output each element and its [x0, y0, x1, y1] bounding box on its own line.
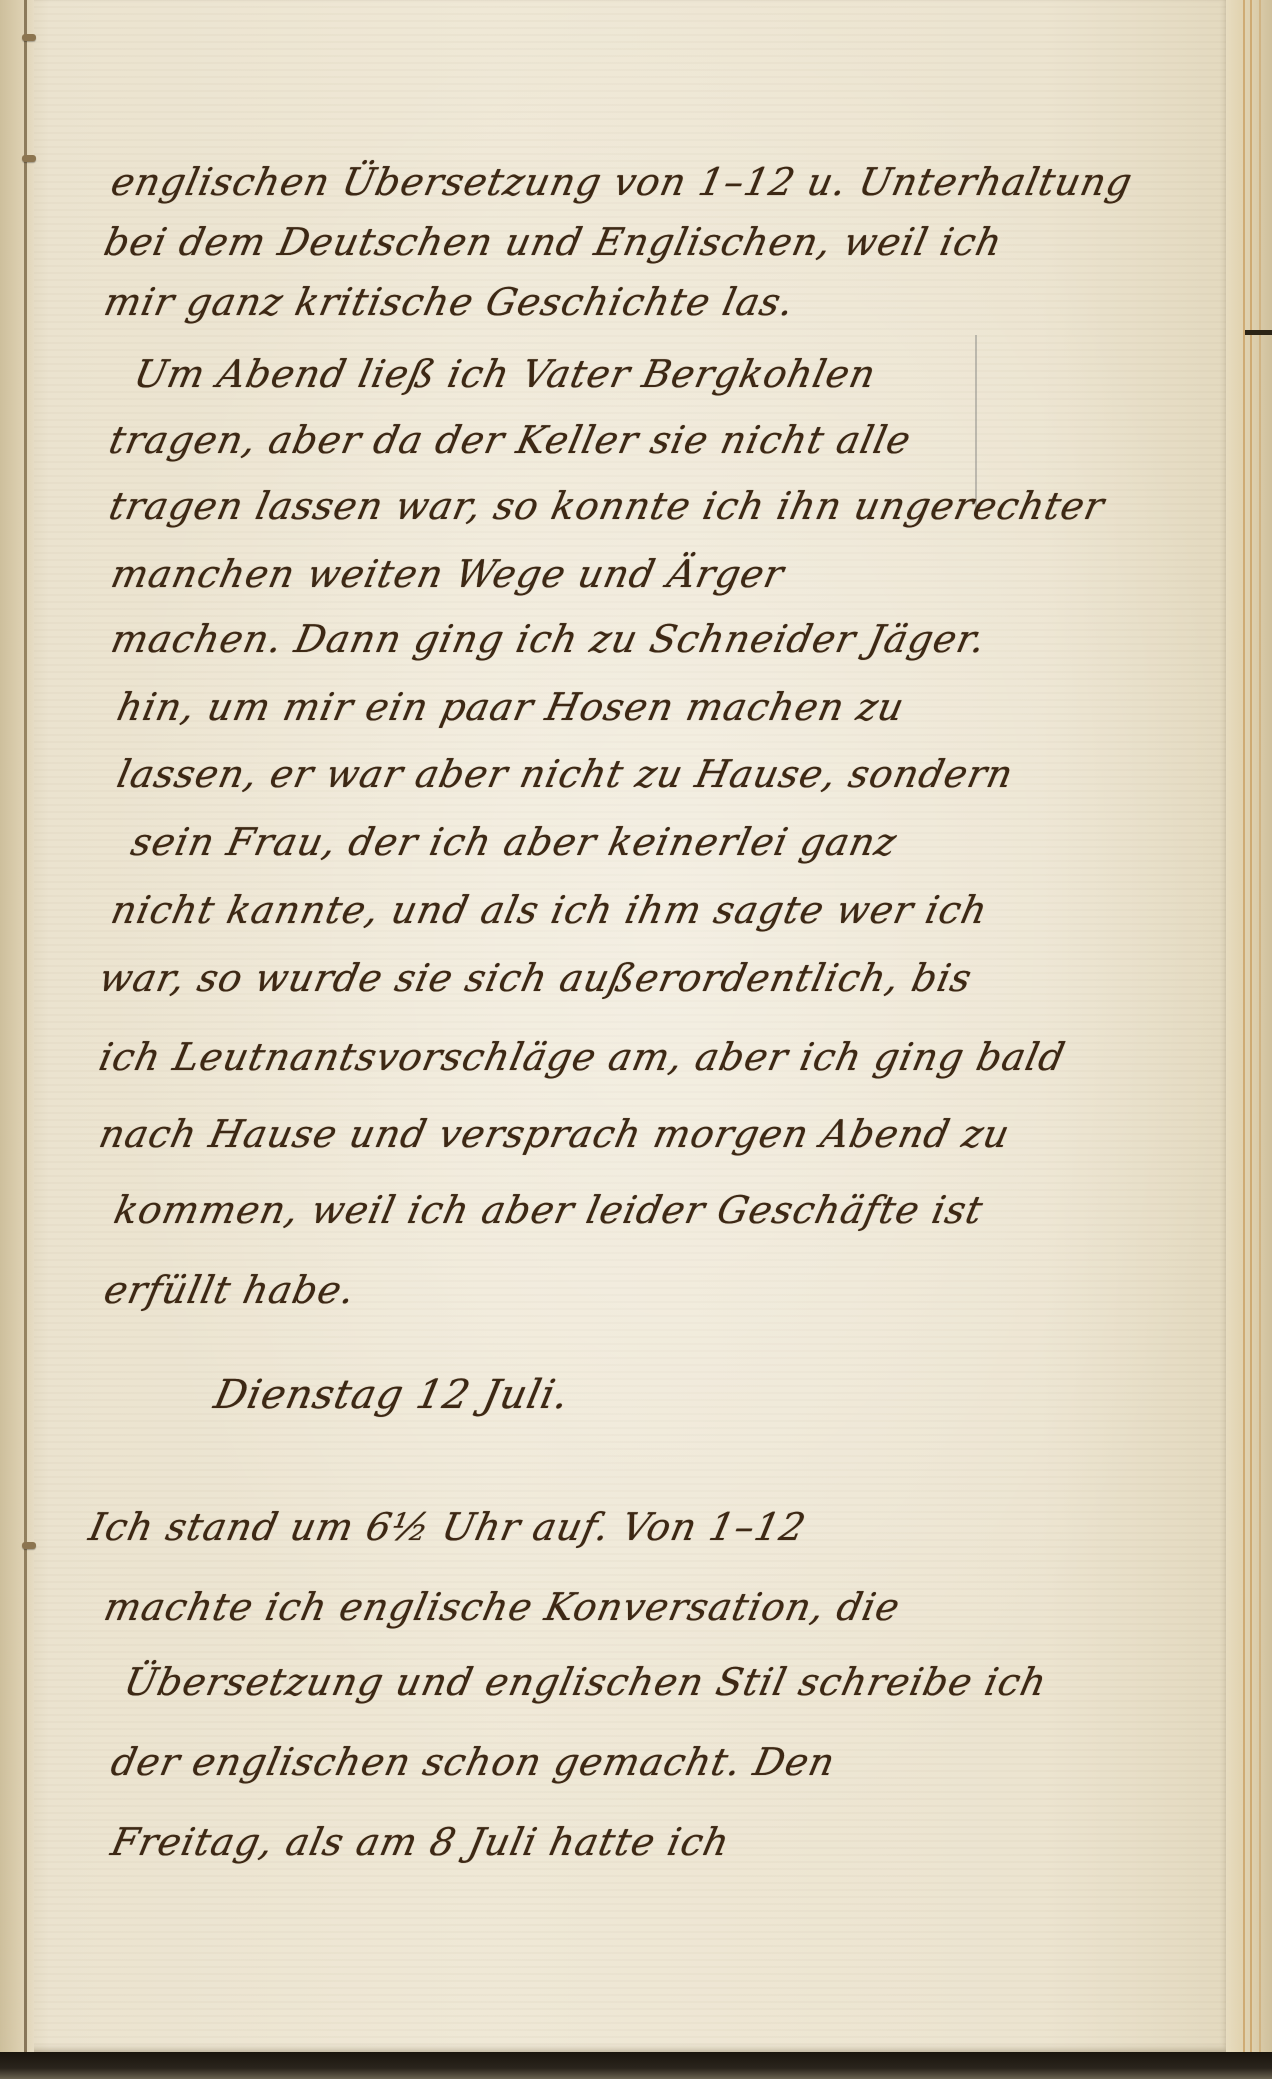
binding-stitch	[22, 155, 36, 162]
binding-gutter	[0, 0, 34, 2052]
binding-stitch	[22, 34, 36, 41]
binding-stitch	[22, 1542, 36, 1549]
page-edge	[1259, 0, 1261, 2052]
text-line: kommen, weil ich aber leider Geschäfte i…	[110, 1188, 987, 1232]
page-edge-stack	[1226, 0, 1272, 2079]
text-line: Übersetzung und englischen Stil schreibe…	[120, 1660, 1051, 1704]
text-line: manchen weiten Wege und Ärger	[107, 552, 788, 596]
page-edge	[1243, 0, 1245, 2052]
text-line: englischen Übersetzung von 1–12 u. Unter…	[107, 160, 1136, 204]
text-line: Freitag, als am 8 Juli hatte ich	[107, 1820, 734, 1864]
text-line: tragen, aber da der Keller sie nicht all…	[105, 418, 915, 462]
text-line: der englischen schon gemacht. Den	[107, 1740, 839, 1784]
text-line: nicht kannte, und als ich ihm sagte wer …	[107, 888, 992, 932]
text-line: nach Hause und versprach morgen Abend zu	[95, 1112, 1014, 1156]
entry-date-heading: Dienstag 12 Juli.	[210, 1372, 574, 1418]
binding-thread	[24, 0, 27, 2052]
text-line: lassen, er war aber nicht zu Hause, sond…	[113, 752, 1017, 796]
text-line: erfüllt habe.	[100, 1268, 359, 1312]
text-line: Um Abend ließ ich Vater Bergkohlen	[130, 352, 880, 396]
page-edge	[1250, 0, 1252, 2052]
page-edge-gap	[1245, 330, 1272, 335]
page-bottom-shadow	[0, 2052, 1272, 2079]
text-line: sein Frau, der ich aber keinerlei ganz	[127, 820, 901, 864]
text-line: bei dem Deutschen und Englischen, weil i…	[100, 220, 1006, 264]
text-line: Ich stand um 6½ Uhr auf. Von 1–12	[85, 1505, 810, 1549]
manuscript-page: englischen Übersetzung von 1–12 u. Unter…	[0, 0, 1226, 2052]
text-line: machen. Dann ging ich zu Schneider Jäger…	[107, 617, 990, 661]
text-line: tragen lassen war, so konnte ich ihn ung…	[105, 484, 1108, 528]
text-line: ich Leutnantsvorschläge am, aber ich gin…	[95, 1035, 1069, 1079]
text-line: machte ich englische Konversation, die	[100, 1585, 904, 1629]
text-line: war, so wurde sie sich außerordentlich, …	[95, 956, 976, 1000]
text-line: mir ganz kritische Geschichte las.	[100, 280, 798, 324]
text-line: hin, um mir ein paar Hosen machen zu	[113, 685, 908, 729]
